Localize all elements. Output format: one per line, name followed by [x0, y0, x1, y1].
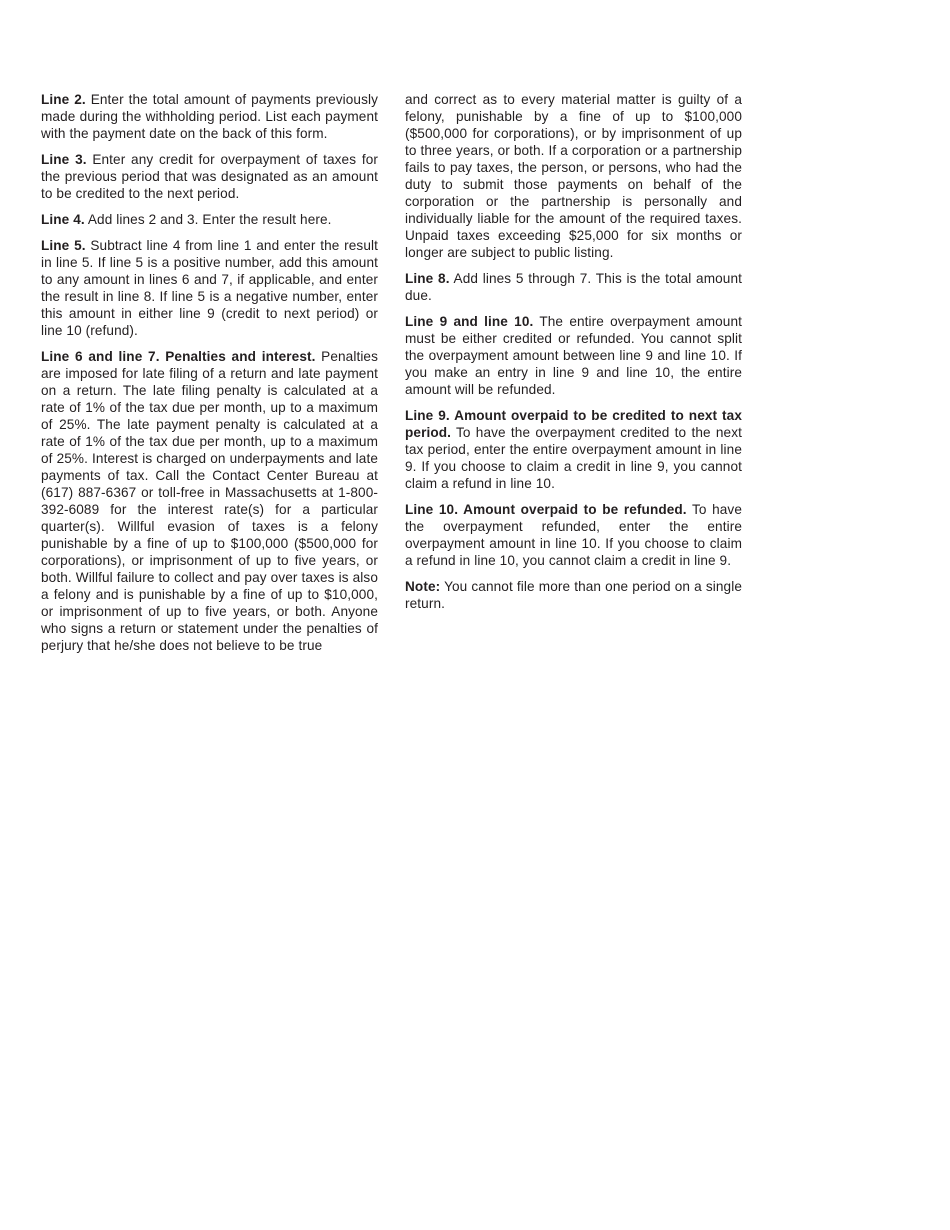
paragraph-lead: Line 10. Amount overpaid to be refunded.: [405, 502, 687, 517]
text-column-right: and correct as to every material matter …: [405, 91, 742, 663]
paragraph-line-4: Line 4. Add lines 2 and 3. Enter the res…: [41, 211, 378, 228]
document-page: Line 2. Enter the total amount of paymen…: [0, 0, 950, 1230]
paragraph-lead: Line 9 and line 10.: [405, 314, 533, 329]
paragraph-lead: Line 8.: [405, 271, 450, 286]
paragraph-lead: Line 4.: [41, 212, 85, 227]
paragraph-line-5: Line 5. Subtract line 4 from line 1 and …: [41, 237, 378, 339]
paragraph-body: Subtract line 4 from line 1 and enter th…: [41, 238, 378, 338]
two-column-text-block: Line 2. Enter the total amount of paymen…: [41, 91, 741, 663]
paragraph-body: Add lines 5 through 7. This is the total…: [405, 271, 742, 303]
paragraph-line-3: Line 3. Enter any credit for overpayment…: [41, 151, 378, 202]
paragraph-body: You cannot file more than one period on …: [405, 579, 742, 611]
text-column-left: Line 2. Enter the total amount of paymen…: [41, 91, 378, 663]
paragraph-body: Enter the total amount of payments previ…: [41, 92, 378, 141]
paragraph-lead: Line 3.: [41, 152, 87, 167]
paragraph-body: Penalties are imposed for late filing of…: [41, 349, 378, 653]
paragraph-body: Enter any credit for overpayment of taxe…: [41, 152, 378, 201]
paragraph-continuation: and correct as to every material matter …: [405, 91, 742, 261]
paragraph-line-8: Line 8. Add lines 5 through 7. This is t…: [405, 270, 742, 304]
paragraph-lead: Line 6 and line 7. Penalties and interes…: [41, 349, 315, 364]
paragraph-line-9-and-10: Line 9 and line 10. The entire overpayme…: [405, 313, 742, 398]
paragraph-line-10: Line 10. Amount overpaid to be refunded.…: [405, 501, 742, 569]
paragraph-line-9: Line 9. Amount overpaid to be credited t…: [405, 407, 742, 492]
paragraph-body: To have the overpayment credited to the …: [405, 425, 742, 491]
paragraph-body: Add lines 2 and 3. Enter the result here…: [85, 212, 332, 227]
paragraph-line-6-and-7: Line 6 and line 7. Penalties and interes…: [41, 348, 378, 654]
paragraph-body: and correct as to every material matter …: [405, 92, 742, 260]
paragraph-line-2: Line 2. Enter the total amount of paymen…: [41, 91, 378, 142]
paragraph-lead: Line 5.: [41, 238, 86, 253]
paragraph-lead: Line 2.: [41, 92, 86, 107]
paragraph-note: Note: You cannot file more than one peri…: [405, 578, 742, 612]
paragraph-lead: Note:: [405, 579, 440, 594]
